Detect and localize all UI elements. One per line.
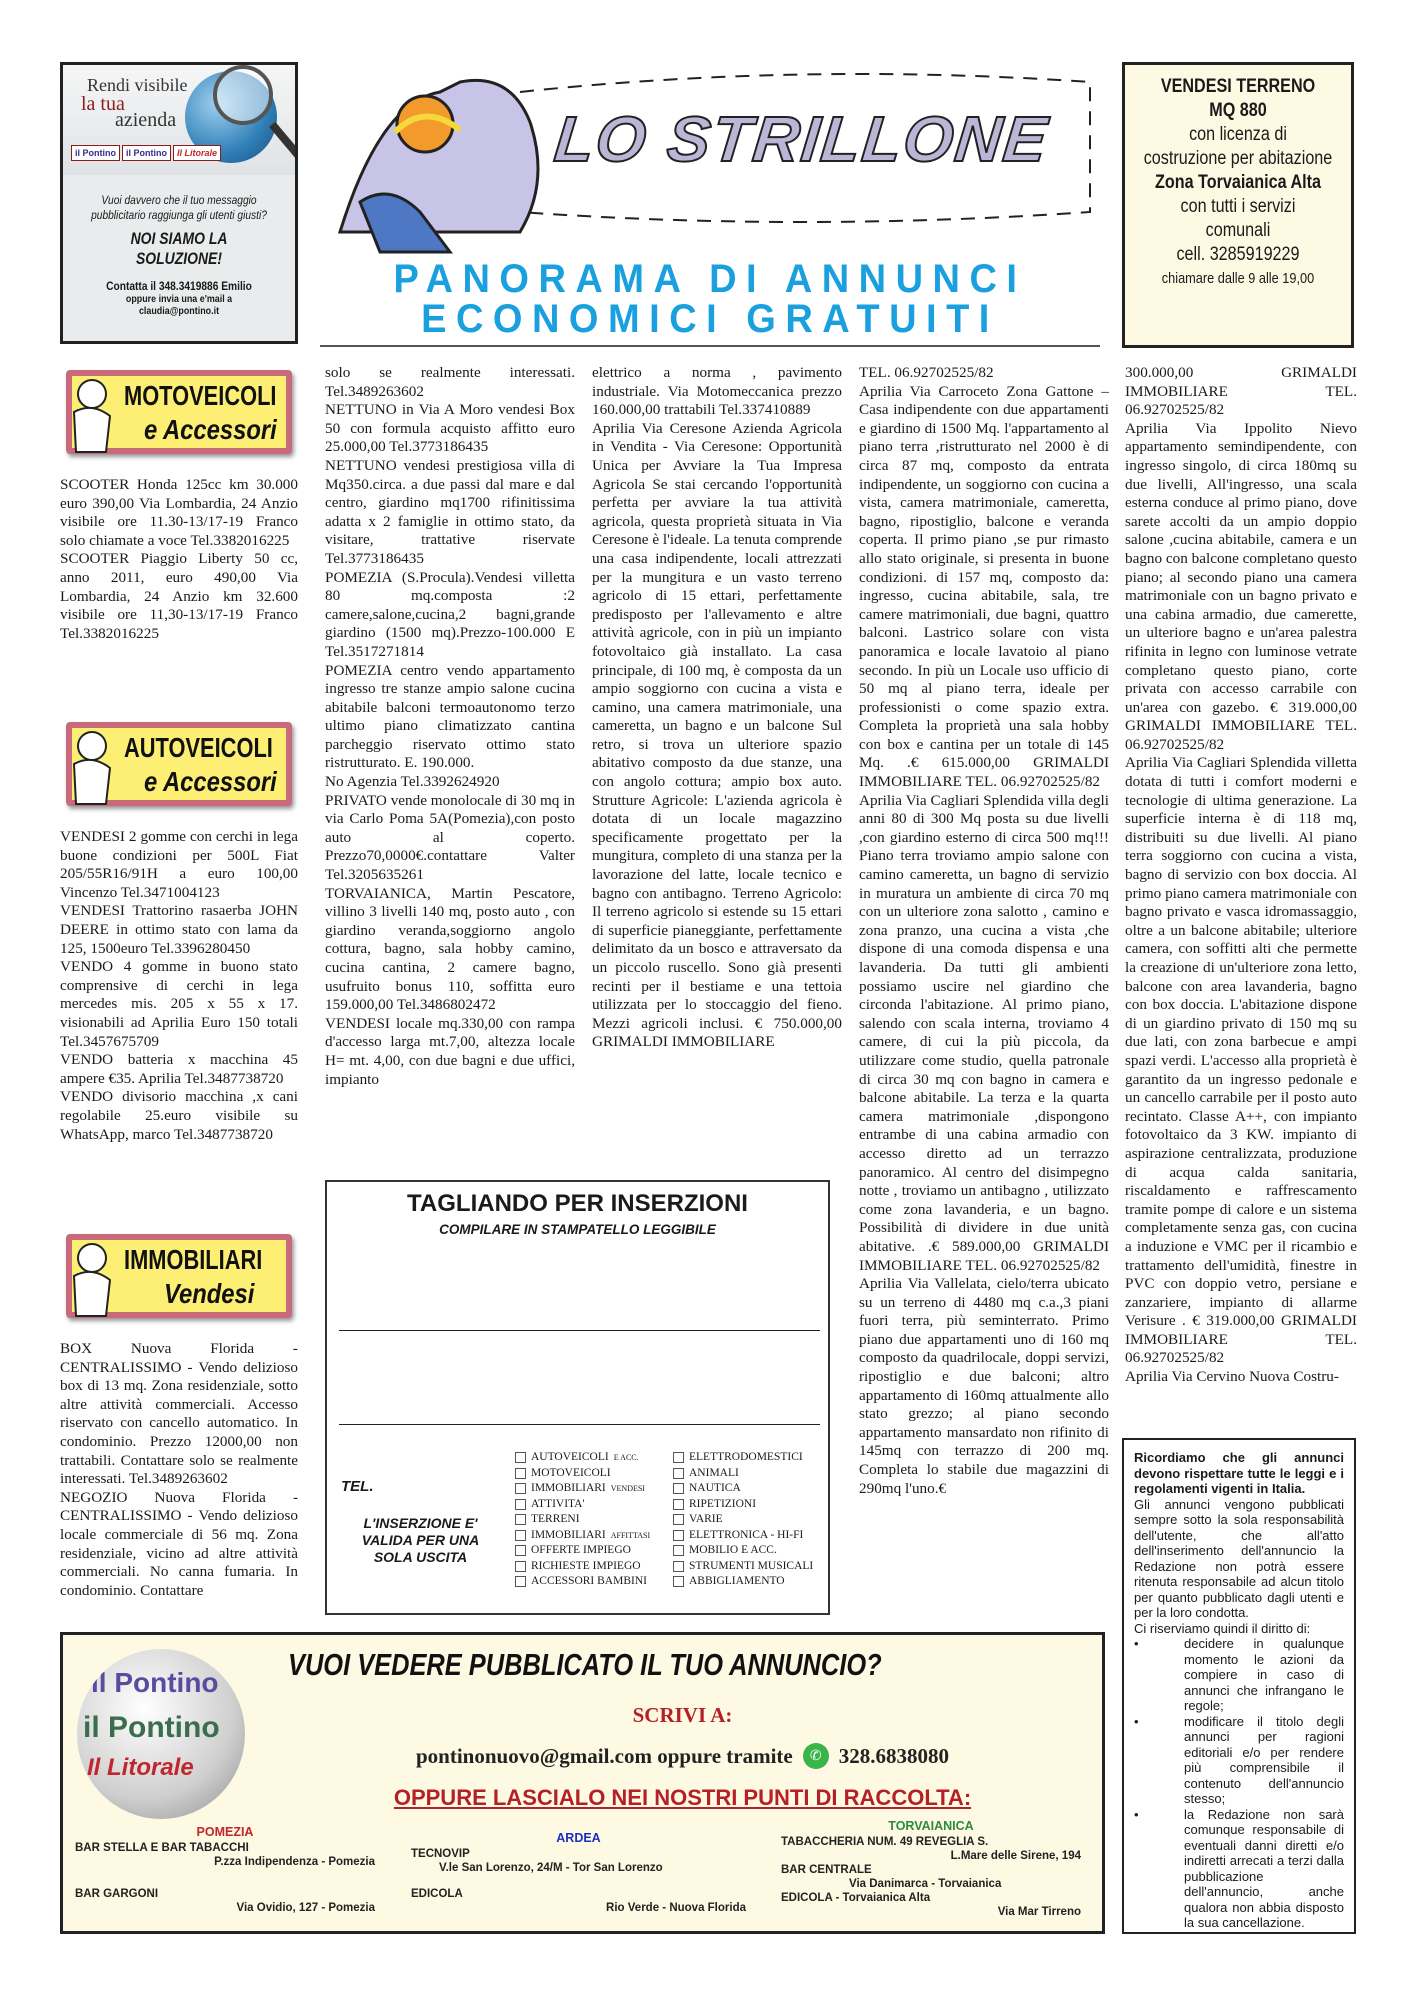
checkbox-icon[interactable] [515,1561,526,1572]
promo-message: Vuoi davvero che il tuo messaggio pubbli… [63,193,295,317]
category-checkbox[interactable]: STRUMENTI MUSICALI [673,1559,813,1575]
checkbox-icon[interactable] [673,1514,684,1525]
place-address: V.le San Lorenzo, 24/M - Tor San Lorenzo [411,1861,746,1875]
ad-line: comunali [1142,219,1334,243]
collection-points-ardea: ARDEA TECNOVIP V.le San Lorenzo, 24/M - … [411,1831,746,1915]
category-title: IMMOBILIARI [124,1244,262,1276]
checkbox-icon[interactable] [673,1452,684,1463]
checkbox-label: RICHIESTE IMPIEGO [531,1559,641,1575]
checkbox-icon[interactable] [515,1468,526,1479]
place-address: Via Ovidio, 127 - Pomezia [75,1901,375,1915]
checkbox-icon[interactable] [515,1514,526,1525]
bullet-icon: • [1134,1636,1184,1714]
checkbox-icon[interactable] [673,1530,684,1541]
notice-paragraph: Ci riserviamo quindi il diritto di: [1134,1621,1344,1637]
classified-ad: POMEZIA centro vendo appartamento ingres… [325,662,575,774]
classified-ad: NETTUNO in Via A Moro vendesi Box 50 con… [325,401,575,457]
classified-ad: TEL. 06.92702525/82 [859,364,1109,383]
ads-column-2: solo se realmente interessati. Tel.34892… [325,364,575,1089]
checkbox-icon[interactable] [515,1545,526,1556]
classified-ad: SCOOTER Honda 125cc km 30.000 euro 390,0… [60,476,298,550]
checkbox-label: ATTIVITA' [531,1497,585,1513]
category-checkbox[interactable]: ANIMALI [673,1466,813,1482]
ads-column-3: elettrico a norma , pavimento industrial… [592,364,842,1052]
contact-email[interactable]: pontinonuovo@gmail.com oppure tramite [416,1744,793,1769]
classified-ad: POMEZIA (S.Procula).Vendesi villetta 80 … [325,569,575,662]
collection-points-heading: OPPURE LASCIALO NEI NOSTRI PUNTI DI RACC… [63,1785,1102,1811]
place-name: EDICOLA [411,1887,746,1901]
ad-zone: Zona Torvaianica Alta [1142,171,1334,195]
classified-ad: Aprilia Via Carroceto Zona Gattone – Cas… [859,383,1109,792]
classified-ad: BOX Nuova Florida - CENTRALISSIMO - Vend… [60,1340,298,1489]
rules-notice: Ricordiamo che gli annunci devono rispet… [1122,1438,1356,1934]
checkbox-icon[interactable] [673,1483,684,1494]
category-checkbox[interactable]: MOBILIO E ACC. [673,1543,813,1559]
place-name: BAR CENTRALE [781,1863,1081,1877]
city-label: TORVAIANICA [781,1819,1081,1833]
bullet-icon: • [1134,1714,1184,1807]
whatsapp-icon: ✆ [803,1743,829,1769]
checkbox-label: STRUMENTI MUSICALI [689,1559,813,1575]
classified-ad: No Agenzia Tel.3392624920 [325,773,575,792]
promo-image: Rendi visibile la tua azienda il Pontino… [63,65,295,175]
checkbox-icon[interactable] [515,1483,526,1494]
checkbox-icon[interactable] [515,1576,526,1587]
promo-headline-3: azienda [115,109,176,132]
masthead-tagline-1: PANORAMA DI ANNUNCI [340,257,1081,302]
promo-email: oppure invia una e'mail a claudia@pontin… [86,293,273,317]
collection-points-pomezia: POMEZIA BAR STELLA E BAR TABACCHI P.zza … [75,1825,375,1915]
category-subtitle: e Accessori [144,766,277,798]
banner-question: VUOI VEDERE PUBBLICATO IL TUO ANNUNCIO? [288,1647,882,1683]
coupon-write-line-2[interactable] [339,1424,820,1425]
category-title: AUTOVEICOLI [124,732,273,764]
classified-ad: VENDESI Trattorino rasaerba JOHN DEERE i… [60,902,298,958]
city-label: POMEZIA [75,1825,375,1839]
category-checkbox[interactable]: ELETTRODOMESTICI [673,1450,813,1466]
notice-heading: Ricordiamo che gli annunci devono rispet… [1134,1450,1344,1497]
checkbox-label: IMMOBILIARI [531,1481,606,1497]
checkbox-icon[interactable] [673,1561,684,1572]
masthead-tagline-2: ECONOMICI GRATUITI [340,297,1081,342]
bullet-text: modificare il titolo degli annunci per r… [1184,1714,1344,1807]
contact-phone[interactable]: 328.6838080 [839,1744,949,1769]
motoveicoli-ads: SCOOTER Honda 125cc km 30.000 euro 390,0… [60,476,298,643]
place-address: Rio Verde - Nuova Florida [411,1901,746,1915]
category-checkbox[interactable]: TERRENI [515,1512,650,1528]
masthead-rule [320,345,1100,347]
bullet-text: decidere in qualunque momento le azioni … [1184,1636,1344,1714]
checkbox-label: ELETTRODOMESTICI [689,1450,803,1466]
category-checkbox[interactable]: RICHIESTE IMPIEGO [515,1559,650,1575]
category-checkbox[interactable]: MOTOVEICOLI [515,1466,650,1482]
ads-column-5: 300.000,00 GRIMALDI IMMOBILIARE TEL. 06.… [1125,364,1357,1387]
notice-bullet: •la Redazione non sarà comunque responsa… [1134,1807,1344,1931]
logo-pontino: il Pontino [91,1667,219,1699]
checkbox-label: RIPETIZIONI [689,1497,756,1513]
category-checkbox[interactable]: ABBIGLIAMENTO [673,1574,813,1590]
classified-ad: elettrico a norma , pavimento industrial… [592,364,842,420]
checkbox-icon[interactable] [515,1530,526,1541]
promo-question: Vuoi davvero che il tuo messaggio pubbli… [86,193,273,223]
place-name: BAR GARGONI [75,1887,375,1901]
checkbox-icon[interactable] [673,1576,684,1587]
classified-ad: Aprilia Via Cervino Nuova Costru- [1125,1368,1357,1387]
category-checkbox[interactable]: NAUTICA [673,1481,813,1497]
checkbox-sublabel: VENDESI [611,1481,645,1497]
place-name: TECNOVIP [411,1847,746,1861]
checkbox-sublabel: E ACC. [614,1450,639,1466]
classified-ad: solo se realmente interessati. Tel.34892… [325,364,575,401]
autoveicoli-ads: VENDESI 2 gomme con cerchi in lega buone… [60,828,298,1144]
checkbox-icon[interactable] [515,1499,526,1510]
category-checkbox[interactable]: OFFERTE IMPIEGO [515,1543,650,1559]
place-name: EDICOLA - Torvaianica Alta [781,1891,1081,1905]
category-checkbox[interactable]: ATTIVITA' [515,1497,650,1513]
bullet-text: la Redazione non sarà comunque responsab… [1184,1807,1344,1931]
category-banner-autoveicoli: AUTOVEICOLI e Accessori [66,722,292,806]
coupon-tel-label: TEL. [341,1478,374,1495]
advertise-promo-box: Rendi visibile la tua azienda il Pontino… [60,62,298,344]
city-label: ARDEA [411,1831,746,1845]
bullet-icon: • [1134,1807,1184,1931]
place-address: P.zza Indipendenza - Pomezia [75,1855,375,1869]
classified-ad: VENDESI 2 gomme con cerchi in lega buone… [60,828,298,902]
promo-contact: Contatta il 348.3419886 Emilio [86,279,273,293]
checkbox-label: OFFERTE IMPIEGO [531,1543,631,1559]
category-subtitle: e Accessori [144,414,277,446]
logo-pontino-aprilia: il Pontino [122,145,171,161]
notice-bullet: •modificare il titolo degli annunci per … [1134,1714,1344,1807]
category-banner-immobiliari: IMMOBILIARI Vendesi [66,1234,292,1318]
classified-ad: Aprilia Via Ippolito Nievo appartamento … [1125,420,1357,755]
category-subtitle: Vendesi [164,1278,254,1310]
ad-hours: chiamare dalle 9 alle 19,00 [1142,267,1334,291]
submit-ad-banner: il Pontino il Pontino Il Litorale VUOI V… [60,1632,1105,1934]
insertion-coupon: TAGLIANDO PER INSERZIONI COMPILARE IN ST… [325,1180,830,1615]
logo-litorale: Il Litorale [173,145,221,161]
checkbox-icon[interactable] [673,1499,684,1510]
magnifier-handle [269,122,298,162]
coupon-validity-note: L'INSERZIONE E' VALIDA PER UNA SOLA USCI… [343,1515,498,1566]
checkbox-label: AUTOVEICOLI [531,1450,609,1466]
category-checkbox[interactable]: ACCESSORI BAMBINI [515,1574,650,1590]
logo-pontino: il Pontino [71,145,120,161]
classified-ad: SCOOTER Piaggio Liberty 50 cc, anno 2011… [60,550,298,643]
newspaper-logos: il Pontino il Pontino Il Litorale [71,145,221,161]
classified-ad: Aprilia Via Vallelata, cielo/terra ubica… [859,1275,1109,1498]
category-checkbox[interactable]: IMMOBILIARIVENDESI [515,1481,650,1497]
banner-contact: pontinonuovo@gmail.com oppure tramite ✆ … [63,1743,1102,1769]
checkbox-sublabel: AFFITTASI [611,1528,650,1544]
place-address: Via Danimarca - Torvaianica [781,1877,1081,1891]
ad-line: costruzione per abitazione [1142,147,1334,171]
checkbox-label: IMMOBILIARI [531,1528,606,1544]
collection-points-torvaianica: TORVAIANICA TABACCHERIA NUM. 49 REVEGLIA… [781,1819,1081,1919]
checkbox-label: ANIMALI [689,1466,739,1482]
coupon-write-line-1[interactable] [339,1330,820,1331]
masthead: LO STRILLONE PANORAMA DI ANNUNCI ECONOMI… [320,62,1100,346]
ad-size: MQ 880 [1142,99,1334,123]
classified-ad: 300.000,00 GRIMALDI IMMOBILIARE TEL. 06.… [1125,364,1357,420]
ad-line: con tutti i servizi [1142,195,1334,219]
classified-ad: VENDO 4 gomme in buono stato comprensive… [60,958,298,1051]
classified-ad: VENDESI locale mq.330,00 con rampa d'acc… [325,1015,575,1089]
classified-ad: VENDO divisorio macchina ,x cani regolab… [60,1088,298,1144]
coupon-subtitle: COMPILARE IN STAMPATELLO LEGGIBILE [327,1222,828,1237]
ad-phone: cell. 3285919229 [1142,243,1334,267]
checkbox-label: MOTOVEICOLI [531,1466,611,1482]
place-address: Via Mar Tirreno [781,1905,1081,1919]
checkbox-icon[interactable] [515,1452,526,1463]
checkbox-icon[interactable] [673,1468,684,1479]
checkbox-label: ABBIGLIAMENTO [689,1574,785,1590]
category-checkbox[interactable]: RIPETIZIONI [673,1497,813,1513]
place-name: TABACCHERIA NUM. 49 REVEGLIA S. [781,1835,1081,1849]
newsboy-mascot-icon [62,1236,124,1322]
category-title: MOTOVEICOLI [124,380,276,412]
classified-ad: PRIVATO vende monolocale di 30 mq in via… [325,792,575,885]
banner-write-to: SCRIVI A: [63,1703,1102,1728]
magnifier-icon [213,65,273,125]
newsboy-mascot-icon [62,372,124,458]
category-checklist-left: AUTOVEICOLIE ACC. MOTOVEICOLI IMMOBILIAR… [515,1450,650,1590]
checkbox-label: ACCESSORI BAMBINI [531,1574,647,1590]
checkbox-label: VARIE [689,1512,723,1528]
classified-ad: VENDO batteria x macchina 45 ampere €35.… [60,1051,298,1088]
category-banner-motoveicoli: MOTOVEICOLI e Accessori [66,370,292,454]
checkbox-label: ELETTRONICA - HI-FI [689,1528,803,1544]
promo-answer: NOI SIAMO LA SOLUZIONE! [89,229,269,269]
place-name: BAR STELLA E BAR TABACCHI [75,1841,375,1855]
land-for-sale-ad: VENDESI TERRENO MQ 880 con licenza di co… [1122,62,1354,348]
ads-column-4: TEL. 06.92702525/82 Aprilia Via Carrocet… [859,364,1109,1498]
category-checkbox[interactable]: AUTOVEICOLIE ACC. [515,1450,650,1466]
classified-ad: Aprilia Via Cagliari Splendida villetta … [1125,754,1357,1368]
notice-paragraph: Gli annunci vengono pubblicati sempre so… [1134,1497,1344,1621]
category-checkbox[interactable]: VARIE [673,1512,813,1528]
newsboy-mascot-icon [62,724,124,810]
classified-ad: NETTUNO vendesi prestigiosa villa di Mq3… [325,457,575,569]
immobiliari-ads: BOX Nuova Florida - CENTRALISSIMO - Vend… [60,1340,298,1600]
category-checkbox[interactable]: ELETTRONICA - HI-FI [673,1528,813,1544]
notice-bullet: •decidere in qualunque momento le azioni… [1134,1636,1344,1714]
masthead-title: LO STRILLONE [551,102,1052,176]
checkbox-label: MOBILIO E ACC. [689,1543,777,1559]
checkbox-label: TERRENI [531,1512,580,1528]
checkbox-label: NAUTICA [689,1481,741,1497]
place-address: L.Mare delle Sirene, 194 [781,1849,1081,1863]
category-checkbox[interactable]: IMMOBILIARIAFFITTASI [515,1528,650,1544]
ad-line: con licenza di [1142,123,1334,147]
checkbox-icon[interactable] [673,1545,684,1556]
classified-ad: TORVAIANICA, Martin Pescatore, villino 3… [325,885,575,1015]
classified-ad: NEGOZIO Nuova Florida - CENTRALISSIMO - … [60,1489,298,1601]
ad-title: VENDESI TERRENO [1142,75,1334,99]
category-checklist-right: ELETTRODOMESTICI ANIMALI NAUTICA RIPETIZ… [673,1450,813,1590]
classified-ad: Aprilia Via Cagliari Splendida villa deg… [859,792,1109,1275]
classified-ad: Aprilia Via Ceresone Azienda Agricola in… [592,420,842,1052]
coupon-title: TAGLIANDO PER INSERZIONI [327,1190,828,1218]
